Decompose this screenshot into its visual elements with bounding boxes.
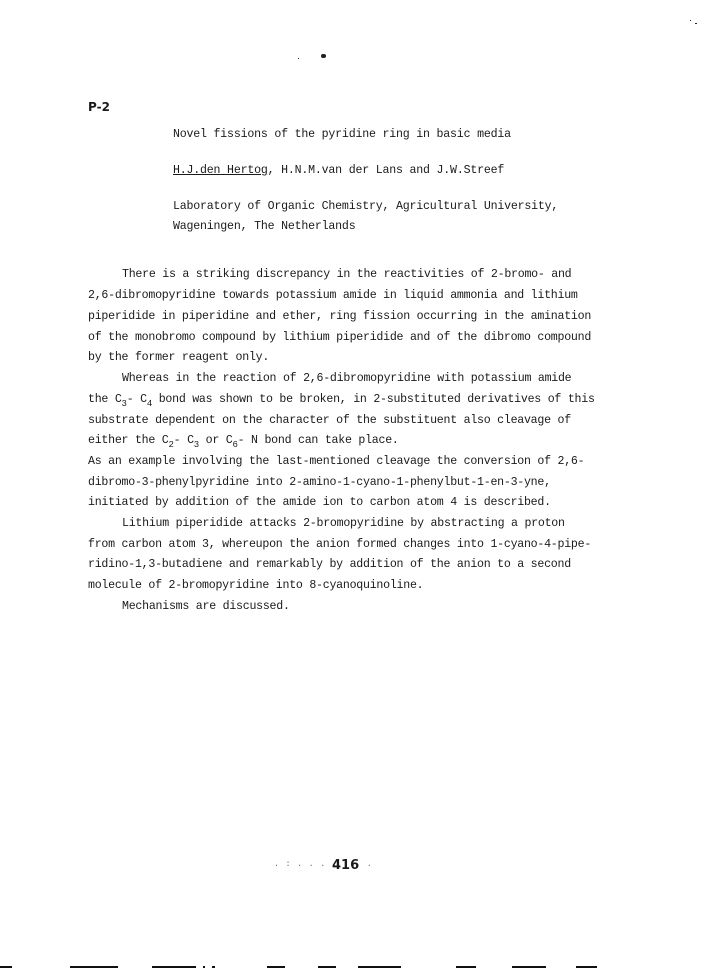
text-line: from carbon atom 3, whereupon the anion … — [88, 538, 591, 551]
paragraph-4: Mechanisms are discussed. — [122, 600, 290, 613]
affiliation-line: Laboratory of Organic Chemistry, Agricul… — [173, 200, 558, 213]
text-line: by the former reagent only. — [88, 351, 269, 364]
text-fragment: bond was shown to be broken, in 2-substi… — [152, 393, 595, 406]
scan-mark — [0, 966, 12, 968]
scan-mark — [267, 966, 285, 968]
author-list: H.J.den Hertog, H.N.M.van der Lans and J… — [173, 164, 504, 177]
scan-mark — [152, 966, 196, 968]
paper-title: Novel fissions of the pyridine ring in b… — [173, 128, 511, 141]
text-line: Whereas in the reaction of 2,6-dibromopy… — [122, 372, 571, 385]
text-line: substrate dependent on the character of … — [88, 414, 571, 427]
scan-speck — [695, 23, 697, 24]
scan-mark — [358, 966, 401, 968]
text-line: Lithium piperidide attacks 2-bromopyridi… — [122, 517, 565, 530]
text-line: of the monobromo compound by lithium pip… — [88, 331, 591, 344]
co-authors: , H.N.M.van der Lans and J.W.Streef — [268, 164, 505, 177]
text-line: dibromo-3-phenylpyridine into 2-amino-1-… — [88, 476, 551, 489]
presenting-author: H.J.den Hertog — [173, 164, 268, 177]
scan-mark — [212, 966, 215, 968]
text-line: initiated by addition of the amide ion t… — [88, 496, 551, 509]
text-fragment: - C — [174, 434, 194, 447]
abstract-code: P-2 — [88, 100, 110, 114]
text-line: the C3- C4 bond was shown to be broken, … — [88, 393, 595, 406]
text-fragment: - N bond can take place. — [238, 434, 399, 447]
text-line: There is a striking discrepancy in the r… — [122, 268, 571, 281]
text-line: molecule of 2-bromopyridine into 8-cyano… — [88, 579, 423, 592]
text-line: 2,6-dibromopyridine towards potassium am… — [88, 289, 578, 302]
text-line: As an example involving the last-mention… — [88, 455, 584, 468]
page-number: 416 — [332, 858, 359, 873]
text-fragment: the C — [88, 393, 122, 406]
affiliation-line: Wageningen, The Netherlands — [173, 220, 355, 233]
scan-mark — [512, 966, 546, 968]
scan-mark — [576, 966, 597, 968]
text-fragment: - C — [127, 393, 147, 406]
scan-speck — [690, 20, 691, 21]
text-fragment: either the C — [88, 434, 169, 447]
scan-mark — [318, 966, 336, 968]
text-line: piperidide in piperidine and ether, ring… — [88, 310, 591, 323]
scan-speck — [321, 54, 326, 58]
scan-speck — [298, 58, 299, 59]
scan-mark — [456, 966, 476, 968]
scan-mark — [203, 966, 205, 968]
text-line: ridino-1,3-butadiene and remarkably by a… — [88, 558, 571, 571]
text-line: either the C2- C3 or C6- N bond can take… — [88, 434, 399, 447]
text-fragment: or C — [199, 434, 233, 447]
scan-mark — [70, 966, 118, 968]
